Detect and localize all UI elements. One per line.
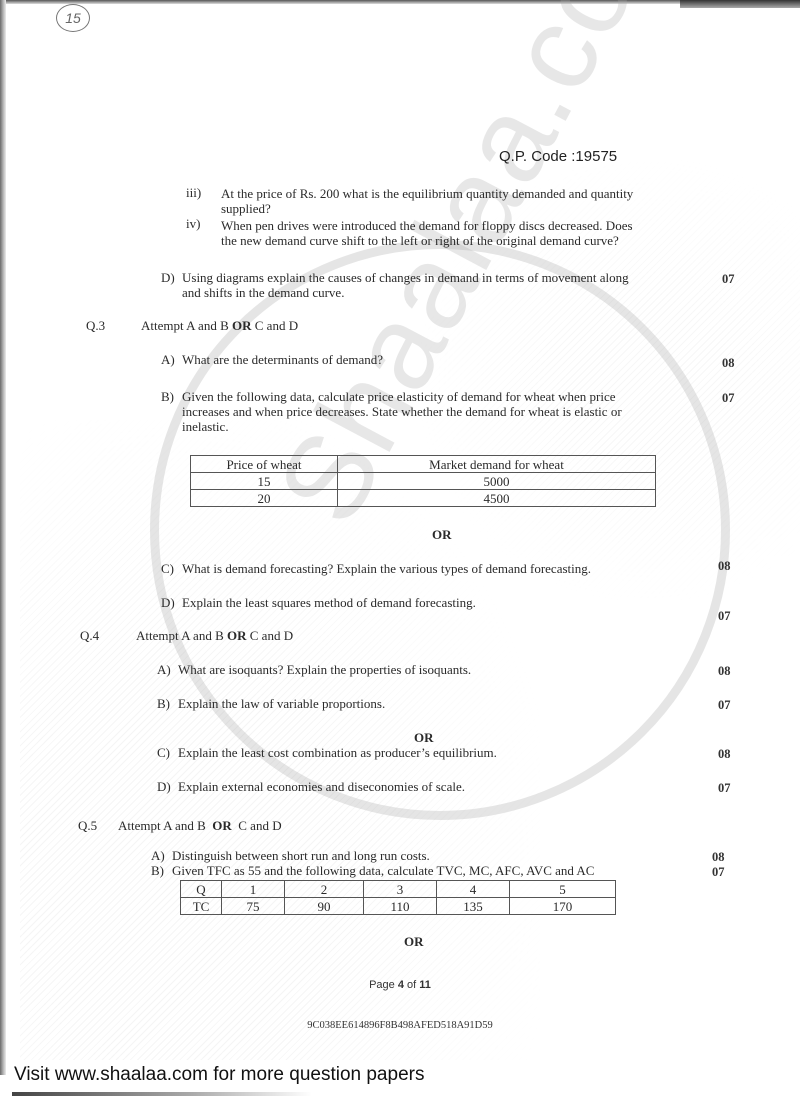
table-cell: 1 [222, 881, 285, 898]
sub-label-iv: iv) [186, 216, 200, 231]
table-cell: 20 [191, 490, 338, 507]
q3-b-marks: 07 [722, 391, 735, 406]
q3-a-text: What are the determinants of demand? [182, 352, 383, 367]
q4-instruction-or: OR [227, 628, 247, 643]
page-mid: of [404, 979, 419, 991]
q4-a-marks: 08 [718, 664, 731, 679]
q4-instruction-post: C and D [247, 628, 294, 643]
q4-d-text: Explain external economies and diseconom… [178, 779, 465, 794]
sub-question-iv-line2: the new demand curve shift to the left o… [221, 233, 619, 248]
q3-c-text: What is demand forecasting? Explain the … [182, 561, 591, 576]
q5-a-text: Distinguish between short run and long r… [172, 848, 430, 863]
scan-edge-left [0, 0, 6, 1075]
table-cell: 4500 [338, 490, 656, 507]
table-cell: Q [181, 881, 222, 898]
q3-number: Q.3 [86, 318, 105, 333]
table-cell: 3 [364, 881, 437, 898]
q4-a-label: A) [157, 662, 171, 677]
table-cell: 90 [285, 898, 364, 915]
footer-promo-text: Visit www.shaalaa.com for more question … [14, 1064, 424, 1086]
q3-d-marks: 07 [718, 609, 731, 624]
q2-d-marks: 07 [722, 272, 735, 287]
document-hash: 9C038EE614896F8B498AFED518A91D59 [0, 1020, 800, 1031]
q4-d-label: D) [157, 779, 171, 794]
q3-b-line3: inelastic. [182, 419, 229, 434]
q5-b-marks: 07 [712, 865, 725, 880]
table-cell: 75 [222, 898, 285, 915]
q3-b-line1: Given the following data, calculate pric… [182, 389, 616, 404]
q3-c-marks: 08 [718, 559, 731, 574]
table-cell: TC [181, 898, 222, 915]
q3-a-marks: 08 [722, 356, 735, 371]
q4-number: Q.4 [80, 628, 99, 643]
q3-instruction-or: OR [232, 318, 252, 333]
q5-a-label: A) [151, 848, 165, 863]
table-cell: 4 [437, 881, 510, 898]
q3-d-label: D) [161, 595, 175, 610]
q4-b-text: Explain the law of variable proportions. [178, 696, 385, 711]
q4-c-label: C) [157, 745, 170, 760]
cost-table: Q 1 2 3 4 5 TC 75 90 110 135 170 [180, 880, 616, 915]
q5-b-label: B) [151, 863, 164, 878]
q4-c-marks: 08 [718, 747, 731, 762]
table-cell: 135 [437, 898, 510, 915]
q5-number: Q.5 [78, 818, 97, 833]
table-cell: 15 [191, 473, 338, 490]
q3-instruction-post: C and D [252, 318, 299, 333]
scan-edge-bottom [12, 1092, 312, 1096]
table-header-cell: Market demand for wheat [338, 456, 656, 473]
q4-b-label: B) [157, 696, 170, 711]
page-total: 11 [419, 979, 431, 991]
q4-or-separator: OR [414, 730, 434, 746]
q3-b-line2: increases and when price decreases. Stat… [182, 404, 622, 419]
q3-d-text: Explain the least squares method of dema… [182, 595, 476, 610]
q4-a-text: What are isoquants? Explain the properti… [178, 662, 471, 677]
q4-d-marks: 07 [718, 781, 731, 796]
q5-or-separator: OR [404, 934, 424, 950]
table-header-row: Price of wheat Market demand for wheat [191, 456, 656, 473]
q3-b-label: B) [161, 389, 174, 404]
table-row: Q 1 2 3 4 5 [181, 881, 616, 898]
wheat-demand-table: Price of wheat Market demand for wheat 1… [190, 455, 656, 507]
q5-a-marks: 08 [712, 850, 725, 865]
q4-instruction: Attempt A and B OR C and D [136, 628, 293, 643]
sub-label-iii: iii) [186, 185, 201, 200]
q5-instruction: Attempt A and B OR C and D [118, 818, 282, 833]
page-number: Page 4 of 11 [0, 979, 800, 991]
sub-question-iii-line1: At the price of Rs. 200 what is the equi… [221, 186, 633, 201]
q3-a-label: A) [161, 352, 175, 367]
q5-instruction-post: C and D [232, 818, 282, 833]
q5-instruction-or: OR [212, 818, 232, 833]
sub-question-iii-line2: supplied? [221, 201, 271, 216]
table-header-cell: Price of wheat [191, 456, 338, 473]
q2-d-label: D) [161, 270, 175, 285]
table-row: 15 5000 [191, 473, 656, 490]
table-cell: 5 [510, 881, 616, 898]
q3-or-separator: OR [432, 527, 452, 543]
handwritten-page-mark: 15 [56, 4, 90, 32]
scan-edge-top-right [680, 0, 800, 8]
q2-d-line2: and shifts in the demand curve. [182, 285, 344, 300]
q5-b-text: Given TFC as 55 and the following data, … [172, 863, 594, 878]
table-cell: 2 [285, 881, 364, 898]
q4-c-text: Explain the least cost combination as pr… [178, 745, 497, 760]
q3-c-label: C) [161, 561, 174, 576]
qp-code: Q.P. Code :19575 [499, 148, 617, 165]
q5-instruction-pre: Attempt A and B [118, 818, 212, 833]
table-row: 20 4500 [191, 490, 656, 507]
sub-question-iv-line1: When pen drives were introduced the dema… [221, 218, 633, 233]
q4-instruction-pre: Attempt A and B [136, 628, 227, 643]
page-prefix: Page [369, 979, 398, 991]
q3-instruction-pre: Attempt A and B [141, 318, 232, 333]
table-cell: 110 [364, 898, 437, 915]
table-cell: 5000 [338, 473, 656, 490]
q4-b-marks: 07 [718, 698, 731, 713]
table-row: TC 75 90 110 135 170 [181, 898, 616, 915]
q3-instruction: Attempt A and B OR C and D [141, 318, 298, 333]
table-cell: 170 [510, 898, 616, 915]
q2-d-line1: Using diagrams explain the causes of cha… [182, 270, 629, 285]
